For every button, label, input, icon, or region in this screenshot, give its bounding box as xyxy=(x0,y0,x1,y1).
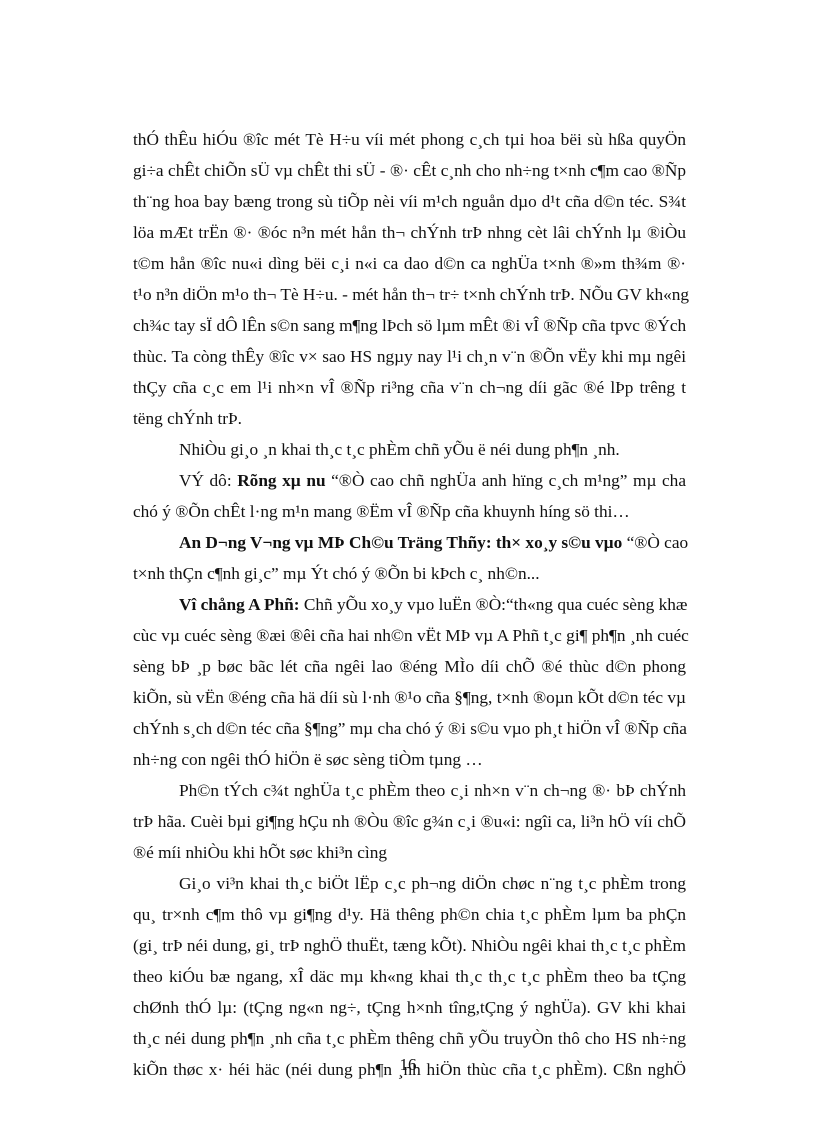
text-segment: chØnh thÓ lµ: (tÇng ng«n ng÷, tÇng h×nh … xyxy=(133,998,686,1017)
text-line: sèng bÞ ¸p bøc bãc lét cña ng­êi lao ®én… xyxy=(133,655,686,679)
text-line: Ph©n tÝch c¾t nghÜa t¸c phÈm theo c¸i nh… xyxy=(179,779,686,803)
text-line: VÝ dô: Rõng xµ nu “®Ò cao chñ nghÜa anh … xyxy=(179,469,686,493)
text-segment: t×nh thÇn c¶nh gi¸c” mµ Ýt chó ý ®Õn bi … xyxy=(133,564,540,583)
text-segment: t¹o n³n diÖn m¹o th¬ Tè H÷u. - mét hån t… xyxy=(133,285,689,304)
text-segment: t©m hån ®­îc nu«i d­ìng bëi c¸i n«i ca d… xyxy=(133,254,686,273)
text-segment: th¨ng hoa bay bæng trong sù tiÕp nèi víi… xyxy=(133,192,686,211)
text-segment: trÞ hãa. Cuèi bµi gi¶ng hÇu nh­ ®Òu ®­îc… xyxy=(133,812,686,831)
text-line: th¸c néi dung ph¶n ¸nh cña t¸c phÈm th­ê… xyxy=(133,1027,686,1051)
text-segment: th¸c néi dung ph¶n ¸nh cña t¸c phÈm th­ê… xyxy=(133,1029,686,1048)
text-segment: theo kiÓu bæ ngang, xÎ däc mµ kh«ng khai… xyxy=(133,967,686,986)
text-line: chØnh thÓ lµ: (tÇng ng«n ng÷, tÇng h×nh … xyxy=(133,996,686,1020)
text-line: thÇy cña c¸c em l¹i nh×n vÎ ®Ñp ri³ng cñ… xyxy=(133,376,686,400)
text-segment: Ph©n tÝch c¾t nghÜa t¸c phÈm theo c¸i nh… xyxy=(179,781,686,800)
text-line: Gi¸o vi³n khai th¸c biÖt lËp c¸c ph­¬ng … xyxy=(179,872,686,896)
text-segment: “®Ò cao chñ nghÜa anh hïng c¸ch m¹ng” mµ… xyxy=(326,471,686,490)
bold-text: Rõng xµ nu xyxy=(237,471,325,490)
text-line: Vî chång A Phñ: Chñ yÕu xo¸y vµo luËn ®Ò… xyxy=(179,593,686,617)
bold-text: An D­¬ng V­¬ng vµ MÞ Ch©u Träng Thñy: th… xyxy=(179,533,622,552)
text-segment: qu¸ tr×nh c¶m thô vµ gi¶ng d¹y. Hä th­ên… xyxy=(133,905,686,924)
text-segment: cùc vµ cuéc sèng ®æi ®êi cña hai nh©n vË… xyxy=(133,626,689,645)
text-segment: t­ëng chÝnh trÞ. xyxy=(133,409,242,428)
text-segment: thÇy cña c¸c em l¹i nh×n vÎ ®Ñp ri³ng cñ… xyxy=(133,378,686,397)
text-line: (gi¸ trÞ néi dung, gi¸ trÞ nghÖ thuËt, t… xyxy=(133,934,686,958)
text-line: trÞ hãa. Cuèi bµi gi¶ng hÇu nh­ ®Òu ®­îc… xyxy=(133,810,686,834)
text-line: cùc vµ cuéc sèng ®æi ®êi cña hai nh©n vË… xyxy=(133,624,686,648)
text-line: löa mÆt trËn ®· ®óc n³n mét hån th¬ chÝn… xyxy=(133,221,686,245)
text-line: qu¸ tr×nh c¶m thô vµ gi¶ng d¹y. Hä th­ên… xyxy=(133,903,686,927)
document-page: thÓ thÊu hiÓu ®­îc mét Tè H÷u víi mét ph… xyxy=(0,0,816,1123)
text-segment: (gi¸ trÞ néi dung, gi¸ trÞ nghÖ thuËt, t… xyxy=(133,936,686,955)
bold-text: Vî chång A Phñ: xyxy=(179,595,300,614)
text-line: gi÷a chÊt chiÕn sÜ vµ chÊt thi sÜ - ®· c… xyxy=(133,159,686,183)
page-number: 16 xyxy=(0,1054,816,1076)
text-line: NhiÒu gi¸o ¸n khai th¸c t¸c phÈm chñ yÕu… xyxy=(179,438,686,462)
text-segment: chÝnh s¸ch d©n téc cña §¶ng” mµ cha chó … xyxy=(133,719,687,738)
text-segment: gi÷a chÊt chiÕn sÜ vµ chÊt thi sÜ - ®· c… xyxy=(133,161,686,180)
text-line: th¨ng hoa bay bæng trong sù tiÕp nèi víi… xyxy=(133,190,686,214)
text-segment: ch¾c tay sÏ dÔ lÊn s©n sang m¶ng lÞch sö… xyxy=(133,316,686,335)
text-segment: kiÕn, sù vËn ®éng cña hä d­íi sù l·nh ®¹… xyxy=(133,688,686,707)
text-line: chÝnh s¸ch d©n téc cña §¶ng” mµ cha chó … xyxy=(133,717,686,741)
text-line: theo kiÓu bæ ngang, xÎ däc mµ kh«ng khai… xyxy=(133,965,686,989)
text-segment: Chñ yÕu xo¸y vµo luËn ®Ò:“th«ng qua cuéc… xyxy=(300,595,688,614)
text-segment: nh÷ng con ng­êi thÓ hiÖn ë søc sèng tiÒm… xyxy=(133,750,483,769)
text-segment: thÓ thÊu hiÓu ®­îc mét Tè H÷u víi mét ph… xyxy=(133,130,686,149)
text-line: t×nh thÇn c¶nh gi¸c” mµ Ýt chó ý ®Õn bi … xyxy=(133,562,686,586)
text-line: t¹o n³n diÖn m¹o th¬ Tè H÷u. - mét hån t… xyxy=(133,283,686,307)
text-line: ®é míi nhiÒu khi hÕt søc khi³n c­ìng xyxy=(133,841,686,865)
text-segment: thùc. Ta còng thÊy ®­îc v× sao HS ngµy n… xyxy=(133,347,686,366)
text-line: t©m hån ®­îc nu«i d­ìng bëi c¸i n«i ca d… xyxy=(133,252,686,276)
text-segment: VÝ dô: xyxy=(179,471,237,490)
text-line: An D­¬ng V­¬ng vµ MÞ Ch©u Träng Thñy: th… xyxy=(179,531,686,555)
text-line: ch¾c tay sÏ dÔ lÊn s©n sang m¶ng lÞch sö… xyxy=(133,314,686,338)
text-line: thÓ thÊu hiÓu ®­îc mét Tè H÷u víi mét ph… xyxy=(133,128,686,152)
text-line: t­ëng chÝnh trÞ. xyxy=(133,407,686,431)
text-segment: chó ý ®Õn chÊt l·ng m¹n mang ®Ëm vÎ ®Ñp … xyxy=(133,502,630,521)
text-segment: Gi¸o vi³n khai th¸c biÖt lËp c¸c ph­¬ng … xyxy=(179,874,686,893)
text-segment: löa mÆt trËn ®· ®óc n³n mét hån th¬ chÝn… xyxy=(133,223,686,242)
text-segment: sèng bÞ ¸p bøc bãc lét cña ng­êi lao ®én… xyxy=(133,657,686,676)
text-line: chó ý ®Õn chÊt l·ng m¹n mang ®Ëm vÎ ®Ñp … xyxy=(133,500,686,524)
text-segment: ®é míi nhiÒu khi hÕt søc khi³n c­ìng xyxy=(133,843,387,862)
text-segment: “®Ò cao xyxy=(622,533,688,552)
text-line: thùc. Ta còng thÊy ®­îc v× sao HS ngµy n… xyxy=(133,345,686,369)
text-segment: NhiÒu gi¸o ¸n khai th¸c t¸c phÈm chñ yÕu… xyxy=(179,440,620,459)
text-line: kiÕn, sù vËn ®éng cña hä d­íi sù l·nh ®¹… xyxy=(133,686,686,710)
text-line: nh÷ng con ng­êi thÓ hiÖn ë søc sèng tiÒm… xyxy=(133,748,686,772)
